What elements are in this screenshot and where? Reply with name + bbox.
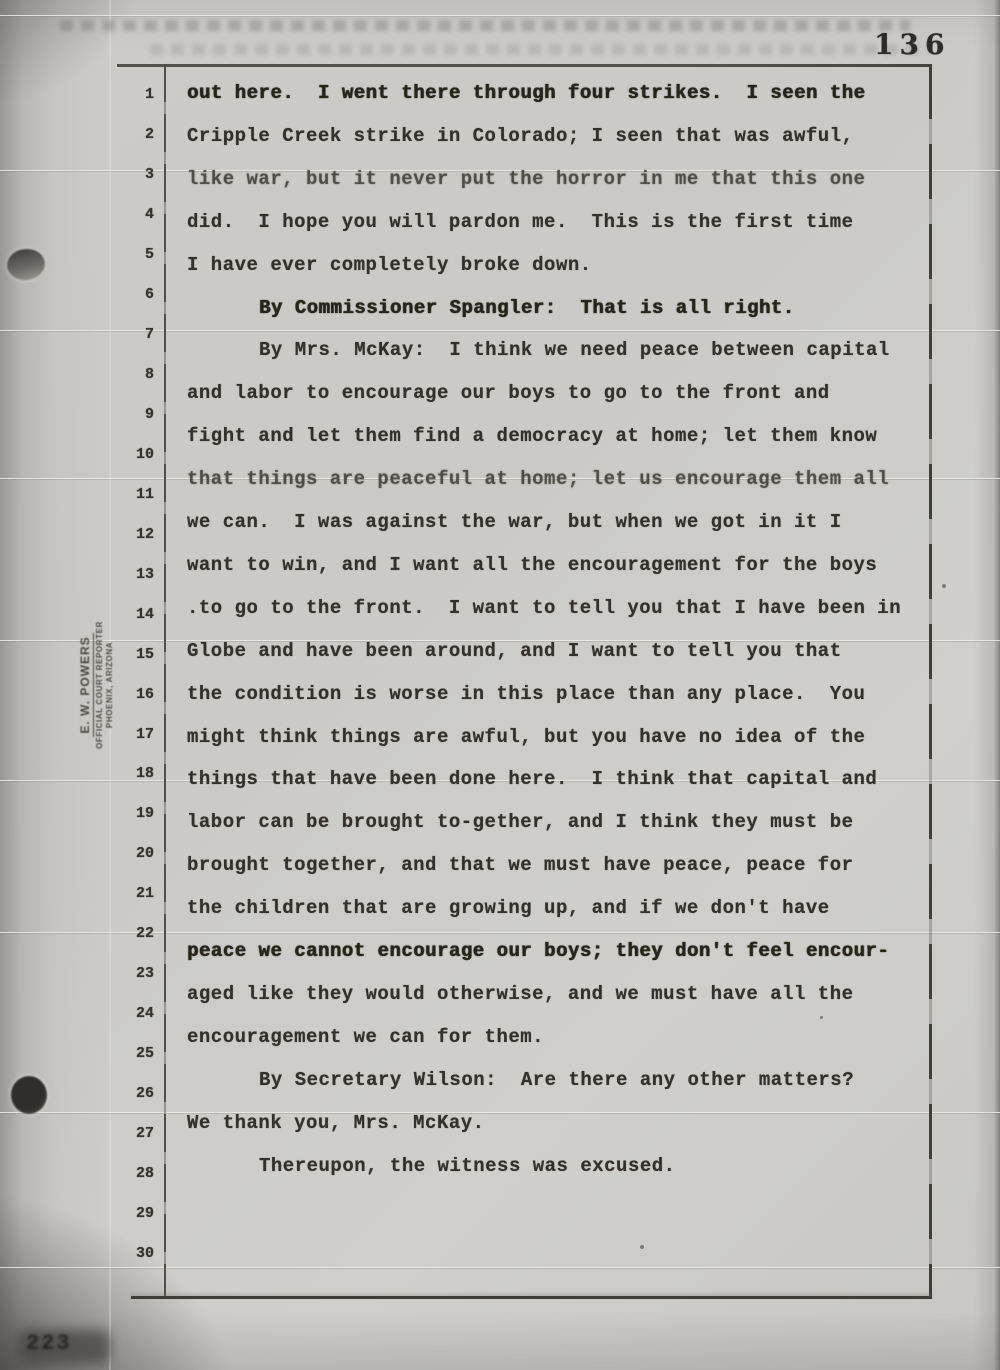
line-number: 2 (118, 126, 154, 143)
line-number: 7 (118, 326, 154, 343)
court-reporter-stamp-text: E. W. POWERS OFFICIAL COURT REPORTER PHO… (76, 596, 114, 774)
scan-line (0, 1112, 1000, 1113)
line-number: 9 (118, 406, 154, 423)
box-border-top (117, 64, 930, 67)
box-border-bottom (131, 1296, 932, 1299)
line-number: 26 (118, 1085, 154, 1102)
transcript-line: out here. I went there through four stri… (187, 82, 865, 104)
transcript-line: .to go to the front. I want to tell you … (187, 597, 901, 619)
transcript-line: and labor to encourage our boys to go to… (187, 382, 830, 404)
scan-line (0, 1267, 1000, 1268)
scan-line (0, 15, 1000, 16)
transcript-line: might think things are awful, but you ha… (187, 726, 865, 748)
stamp-name: E. W. POWERS (78, 633, 94, 736)
transcript-line: want to win, and I want all the encourag… (187, 554, 877, 576)
line-number: 6 (118, 286, 154, 303)
transcript-page: 136 123456789101112131415161718192021222… (0, 0, 1000, 1370)
transcript-line: By Mrs. McKay: I think we need peace bet… (259, 339, 890, 361)
line-number: 29 (118, 1205, 154, 1222)
transcript-line: labor can be brought to-gether, and I th… (187, 811, 854, 833)
transcript-line: the children that are growing up, and if… (187, 897, 830, 919)
transcript-line: aged like they would otherwise, and we m… (187, 983, 854, 1005)
transcript-line: did. I hope you will pardon me. This is … (187, 211, 854, 233)
transcript-line: encouragement we can for them. (187, 1026, 544, 1048)
ink-speck (942, 584, 946, 588)
transcript-line: that things are peaceful at home; let us… (187, 468, 889, 490)
stamp-title: OFFICIAL COURT REPORTER (95, 596, 104, 774)
transcript-line: like war, but it never put the horror in… (187, 168, 865, 190)
line-number: 5 (118, 246, 154, 263)
line-number: 3 (118, 166, 154, 183)
line-number: 28 (118, 1165, 154, 1182)
line-number: 10 (118, 446, 154, 463)
bleed-through-streak (150, 44, 930, 55)
line-number: 20 (118, 845, 154, 862)
transcript-line: things that have been done here. I think… (187, 768, 877, 790)
line-number: 13 (118, 566, 154, 583)
bleed-through-streak (60, 20, 910, 31)
line-number: 23 (118, 965, 154, 982)
transcript-line: brought together, and that we must have … (187, 854, 854, 876)
transcript-line: the condition is worse in this place tha… (187, 683, 865, 705)
line-number: 12 (118, 526, 154, 543)
box-border-left (164, 64, 166, 1298)
line-number: 22 (118, 925, 154, 942)
transcript-line: we can. I was against the war, but when … (187, 511, 842, 533)
box-border-right (929, 64, 932, 1298)
transcript-line: By Secretary Wilson: Are there any other… (259, 1069, 854, 1091)
court-reporter-stamp: E. W. POWERS OFFICIAL COURT REPORTER PHO… (66, 597, 124, 772)
line-number: 8 (118, 366, 154, 383)
line-number: 24 (118, 1005, 154, 1022)
bottom-left-mark: 223 (26, 1331, 72, 1356)
line-number: 1 (118, 86, 154, 103)
transcript-line: By Commissioner Spangler: That is all ri… (259, 297, 795, 319)
page-number: 136 (874, 28, 950, 61)
line-number: 4 (118, 206, 154, 223)
line-number: 25 (118, 1045, 154, 1062)
ink-speck (820, 1016, 823, 1019)
line-number: 19 (118, 805, 154, 822)
transcript-line: Thereupon, the witness was excused. (259, 1155, 676, 1177)
transcript-line: fight and let them find a democracy at h… (187, 425, 877, 447)
transcript-line: Globe and have been around, and I want t… (187, 640, 842, 662)
line-number: 21 (118, 885, 154, 902)
line-number: 30 (118, 1245, 154, 1262)
transcript-line: peace we cannot encourage our boys; they… (187, 940, 889, 962)
transcript-line: Cripple Creek strike in Colorado; I seen… (187, 125, 854, 147)
hole-punch-bottom (11, 1076, 47, 1114)
stamp-location: PHOENIX, ARIZONA (105, 596, 114, 774)
line-number: 11 (118, 486, 154, 503)
ink-speck (640, 1245, 644, 1249)
transcript-line: We thank you, Mrs. McKay. (187, 1112, 485, 1134)
hole-punch-top (5, 247, 46, 282)
transcript-line: I have ever completely broke down. (187, 254, 592, 276)
line-number: 27 (118, 1125, 154, 1142)
